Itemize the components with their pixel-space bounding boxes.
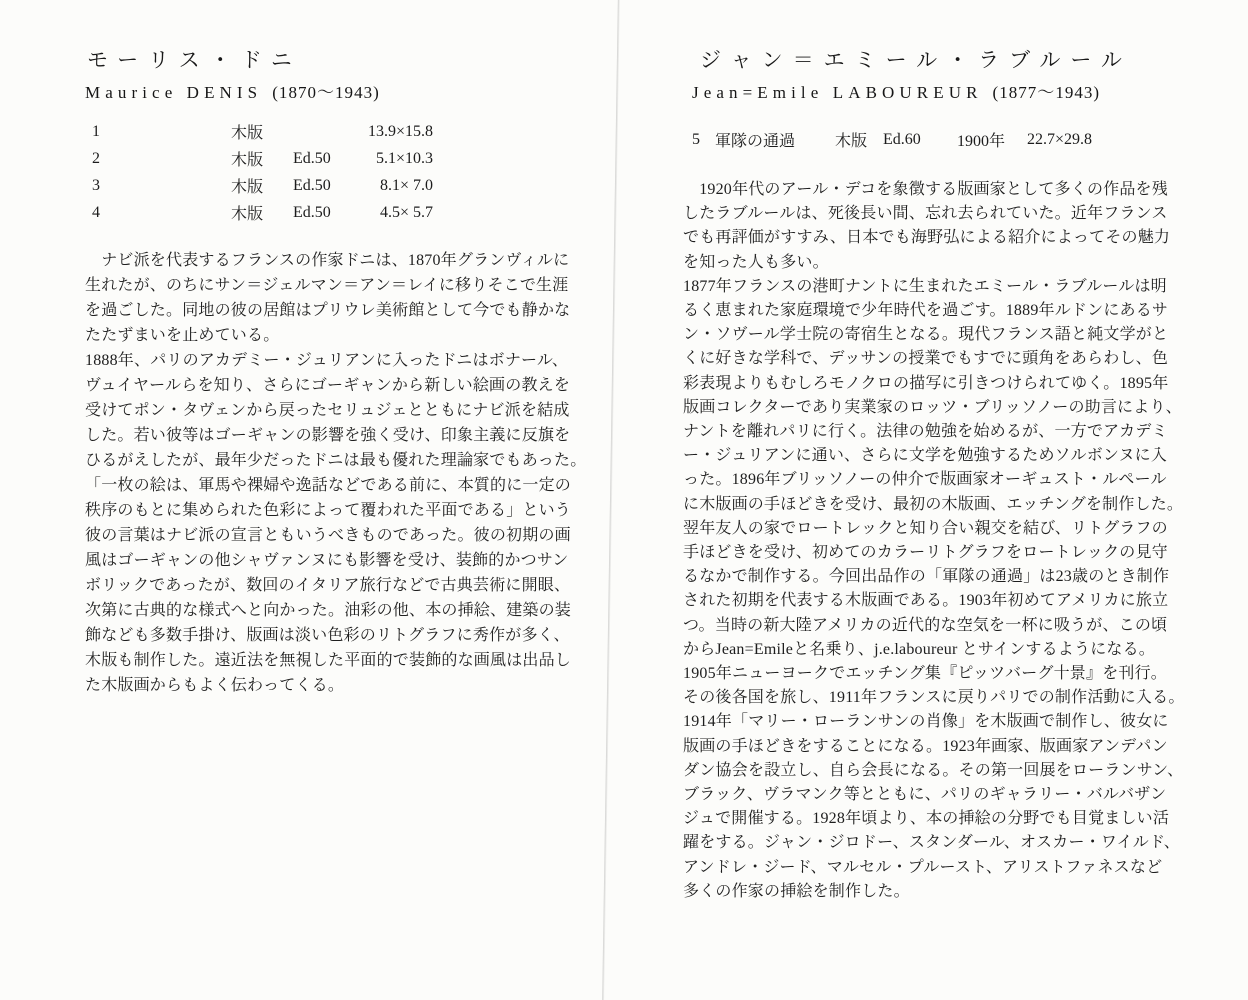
artist-years-left: (1870～1943) (272, 83, 380, 102)
bio-line: 1888年、パリのアカデミー・ジュリアンに入ったドニはボナール、 (85, 348, 586, 373)
work-technique: 木版 (231, 201, 293, 224)
bio-line: 1877年フランスの港町ナントに生まれたエミール・ラブルールは明 (683, 275, 1185, 299)
left-page: モーリス・ドニ Maurice DENIS(1870～1943) 1 木版 13… (85, 0, 555, 1000)
work-technique: 木版 (835, 128, 883, 151)
bio-line: したラブルールは、死後長い間、忘れ去られていた。近年フランス (683, 202, 1185, 226)
bio-line: 翌年友人の家でロートレックと知り合い親交を結び、リトグラフの (683, 517, 1185, 541)
work-number: 3 (92, 177, 231, 195)
bio-line: 生れたが、のちにサン＝ジェルマン＝アン＝レイに移りそこで生涯 (85, 273, 586, 298)
work-year: 1900年 (957, 128, 1027, 151)
bio-line: るなかで制作する。今回出品作の「軍隊の通過」は23歳のとき制作 (683, 565, 1185, 589)
catalog-spread-scan: モーリス・ドニ Maurice DENIS(1870～1943) 1 木版 13… (0, 0, 1248, 1000)
bio-line: 次第に古典的な様式へと向かった。油彩の他、本の挿絵、建築の装 (85, 598, 586, 623)
bio-line: 1920年代のアール・デコを象徴する版画家として多くの作品を残 (683, 178, 1185, 202)
bio-line: でも再評価がすすみ、日本でも海野弘による紹介によってその魅力 (683, 226, 1185, 250)
bio-line: 1914年「マリー・ローランサンの肖像」を木版画で制作し、彼女に (683, 710, 1185, 734)
work-technique: 木版 (231, 120, 293, 143)
bio-line: 風はゴーギャンの他シャヴァンヌにも影響を受け、装飾的かつサン (85, 548, 586, 573)
bio-line: くに好きな学科で、デッサンの授業でもすでに頭角をあらわし、色 (683, 347, 1185, 371)
bio-line: を知った人も多い。 (683, 251, 1185, 275)
bio-line: ナントを離れパリに行く。法律の勉強を始めるが、一方でアカデミ (683, 420, 1185, 444)
artist-title-ja-left: モーリス・ドニ (87, 44, 302, 74)
bio-line: を過ごした。同地の彼の居館はプリウレ美術館として今でも静かな (85, 298, 586, 323)
artist-bio-right: 1920年代のアール・デコを象徴する版画家として多くの作品を残 したラブルールは… (683, 178, 1185, 904)
work-technique: 木版 (231, 174, 293, 197)
bio-line: ン・ソヴール学士院の寄宿生となる。現代フランス語と純文学がと (683, 323, 1185, 347)
bio-line: ブラック、ヴラマンク等とともに、パリのギャラリー・バルバザン (683, 783, 1185, 807)
bio-line: ひるがえしたが、最年少だったドニは最も優れた理論家でもあった。 (85, 448, 586, 473)
bio-line: 彩表現よりもむしろモノクロの描写に引きつけられてゆく。1895年 (683, 372, 1185, 396)
work-edition: Ed.50 (293, 204, 353, 222)
work-entry: 5 軍隊の通過 木版 Ed.60 1900年 22.7×29.8 (692, 128, 1117, 151)
work-row: 1 木版 13.9×15.8 (92, 118, 433, 145)
work-row: 4 木版 Ed.50 4.5× 5.7 (92, 199, 433, 226)
bio-line: に木版画の手ほどきを受け、最初の木版画、エッチングを制作した。 (683, 493, 1185, 517)
bio-line: た木版画からもよく伝わってくる。 (85, 673, 586, 698)
bio-line: 版画コレクターであり実業家のロッツ・ブリッソノーの助言により、 (683, 396, 1185, 420)
work-edition: Ed.50 (293, 177, 353, 195)
work-number: 5 (692, 131, 715, 149)
bio-line: った。1896年ブリッソノーの仲介で版画家オーギュスト・ルペール (683, 468, 1185, 492)
bio-line: ダン協会を設立し、自ら会長になる。その第一回展をローランサン、 (683, 759, 1185, 783)
work-row: 3 木版 Ed.50 8.1× 7.0 (92, 172, 433, 199)
bio-line: その後各国を旅し、1911年フランスに戻りパリでの制作活動に入る。 (683, 686, 1185, 710)
bio-line: 1905年ニューヨークでエッチング集『ピッツバーグ十景』を刊行。 (683, 662, 1185, 686)
bio-line: るく恵まれた家庭環境で少年時代を過ごす。1889年ルドンにあるサ (683, 299, 1185, 323)
artist-bio-left: ナビ派を代表するフランスの作家ドニは、1870年グランヴィルに 生れたが、のちに… (85, 248, 586, 698)
bio-line: ボリックであったが、数回のイタリア旅行などで古典芸術に開眼、 (85, 573, 586, 598)
bio-line: たたずまいを止めている。 (85, 323, 586, 348)
work-size: 13.9×15.8 (353, 123, 433, 141)
work-number: 1 (92, 123, 231, 141)
works-table: 1 木版 13.9×15.8 2 木版 Ed.50 5.1×10.3 3 木版 … (92, 118, 433, 226)
bio-line: 受けてポン・タヴェンから戻ったセリュジェとともにナビ派を結成 (85, 398, 586, 423)
page-gutter-fold (602, 0, 620, 1000)
artist-title-ja-right: ジャン＝エミール・ラブルール (700, 44, 1132, 74)
bio-line: 飾なども多数手掛け、版画は淡い色彩のリトグラフに秀作が多く、 (85, 623, 586, 648)
bio-line: 秩序のもとに集められた色彩によって覆われた平面である」という (85, 498, 586, 523)
bio-line: ジュで開催する。1928年頃より、本の挿絵の分野でも目覚ましい活 (683, 807, 1185, 831)
bio-line: 躍をする。ジャン・ジロドー、スタンダール、オスカー・ワイルド、 (683, 831, 1185, 855)
work-title: 軍隊の通過 (715, 128, 835, 151)
right-page: ジャン＝エミール・ラブルール Jean=Emile LABOUREUR(1877… (683, 0, 1183, 1000)
bio-line: からJean=Emileと名乗り、j.e.laboureur とサインするように… (683, 638, 1185, 662)
work-row: 2 木版 Ed.50 5.1×10.3 (92, 145, 433, 172)
work-technique: 木版 (231, 147, 293, 170)
artist-name-line-right: Jean=Emile LABOUREUR(1877～1943) (692, 78, 1100, 103)
artist-name-latin-right: Jean=Emile LABOUREUR (692, 83, 983, 102)
work-size: 4.5× 5.7 (353, 204, 433, 222)
bio-line: ナビ派を代表するフランスの作家ドニは、1870年グランヴィルに (85, 248, 586, 273)
artist-years-right: (1877～1943) (993, 83, 1101, 102)
artist-name-latin-left: Maurice DENIS (85, 83, 262, 102)
bio-line: した。若い彼等はゴーギャンの影響を強く受け、印象主義に反旗を (85, 423, 586, 448)
bio-line: された初期を代表する木版画である。1903年初めてアメリカに旅立 (683, 589, 1185, 613)
bio-line: ヴュイヤールらを知り、さらにゴーギャンから新しい絵画の教えを (85, 373, 586, 398)
bio-line: 多くの作家の挿絵を制作した。 (683, 880, 1185, 904)
work-number: 4 (92, 204, 231, 222)
bio-line: つ。当時の新大陸アメリカの近代的な空気を一杯に吸うが、この頃 (683, 614, 1185, 638)
work-edition: Ed.60 (883, 131, 957, 149)
bio-line: 手ほどきを受け、初めてのカラーリトグラフをロートレックの見守 (683, 541, 1185, 565)
artist-name-line-left: Maurice DENIS(1870～1943) (85, 78, 380, 103)
work-size: 5.1×10.3 (353, 150, 433, 168)
work-edition: Ed.50 (293, 150, 353, 168)
work-size: 8.1× 7.0 (353, 177, 433, 195)
bio-line: 版画の手ほどきをすることになる。1923年画家、版画家アンデパン (683, 735, 1185, 759)
bio-line: 木版も制作した。遠近法を無視した平面的で装飾的な画風は出品し (85, 648, 586, 673)
bio-line: 「一枚の絵は、軍馬や裸婦や逸話などである前に、本質的に一定の (85, 473, 586, 498)
work-number: 2 (92, 150, 231, 168)
bio-line: 彼の言葉はナビ派の宣言ともいうべきものであった。彼の初期の画 (85, 523, 586, 548)
bio-line: アンドレ・ジード、マルセル・プルースト、アリストファネスなど (683, 856, 1185, 880)
work-size: 22.7×29.8 (1027, 131, 1117, 149)
bio-line: ー・ジュリアンに通い、さらに文学を勉強するためソルボンヌに入 (683, 444, 1185, 468)
